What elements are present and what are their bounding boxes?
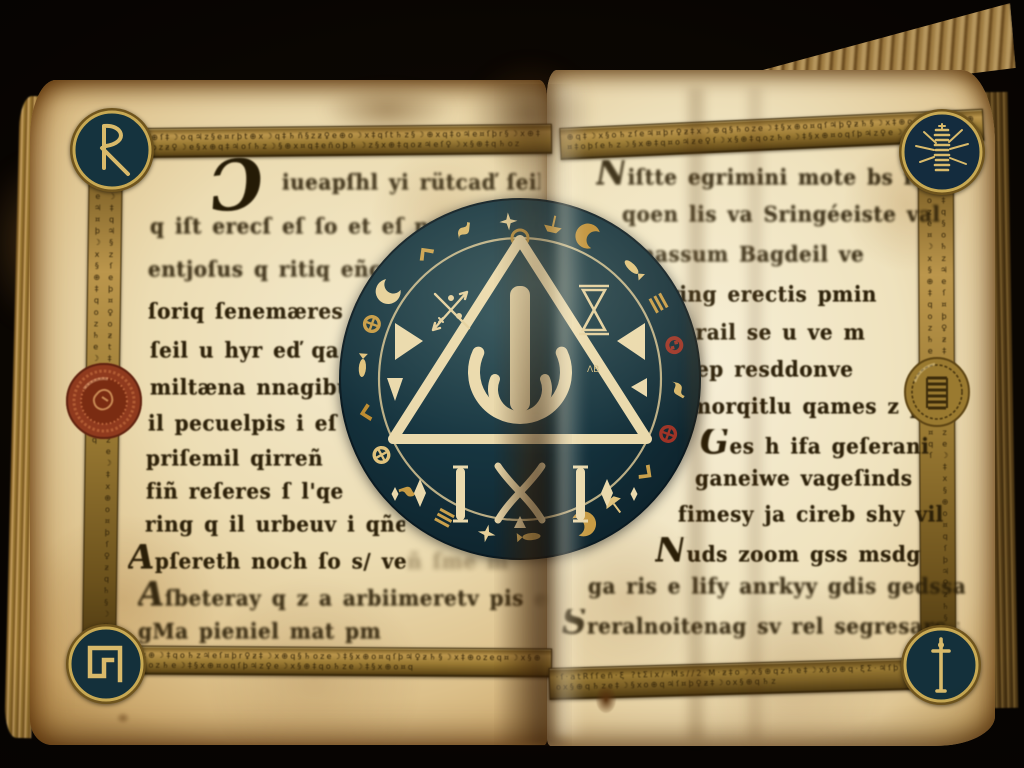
- burn-smudge: [322, 84, 452, 136]
- ornamental-border-bottom-left: §x⊕☽‡qo♄z♃eſ¤þr♀ƶ‡☽x⊕q§♄oze☽‡§x⊕o¤qſþ♃♀ƶ…: [128, 646, 552, 678]
- manuscript-line: gMa pieniel mat pm: [138, 618, 532, 643]
- manuscript-line: fimesy ja cireb shy vil: [678, 501, 962, 526]
- sigil-small-marks: ΛB: [587, 365, 599, 375]
- ink-stain-spot: [116, 712, 130, 724]
- ink-stain-spot: [596, 686, 616, 713]
- manuscript-line: ga ris e lify anrkyy gdis gedssag e m: [588, 573, 965, 598]
- border-glyphs: §x⊕☽‡qo♄z♃eſ¤þr♀ƶ‡☽x⊕q§♄oze☽‡§x⊕o¤qſþ♃♀ƶ…: [135, 651, 543, 672]
- photo-ancient-grimoire: ♄x⊕ſ‡☽oq♃z§e¤rþt⊕x☽q‡♄ñ§zƶ♀e⊕o☽x‡qſt♄z§☽…: [0, 0, 1024, 768]
- illuminated-initial: Ɔ: [207, 153, 268, 219]
- red-wax-seal-icon: [64, 361, 144, 441]
- manuscript-line: miltæna nnagibu: [150, 374, 352, 399]
- manuscript-line: priſemil qirreñ: [146, 445, 340, 470]
- manuscript-line: fiñ reſeres ſ l'qe: [146, 478, 346, 503]
- gold-seal-icon: [901, 356, 973, 428]
- page-crease: [748, 88, 762, 740]
- gutter-highlight: [558, 86, 586, 736]
- corner-medallion-gate-icon: [62, 620, 150, 708]
- corner-medallion-p-icon: [66, 104, 158, 196]
- corner-medallion-sword-icon: [897, 621, 985, 709]
- manuscript-line: ganeiwe vageſinds: [695, 465, 959, 490]
- manuscript-line: il pecuelpis i eſ: [148, 410, 340, 435]
- page-crease: [688, 88, 704, 740]
- manuscript-line: Ges h ifa geſerani: [700, 429, 958, 459]
- burn-smudge: [468, 58, 592, 170]
- border-glyphs: ·ſ·atRſſeñ·ξ ?tΣix/·Ms//2·M·ƶ‡o☽x§⊕qz♄e‡…: [556, 662, 938, 692]
- corner-medallion-tower-icon: [895, 105, 989, 199]
